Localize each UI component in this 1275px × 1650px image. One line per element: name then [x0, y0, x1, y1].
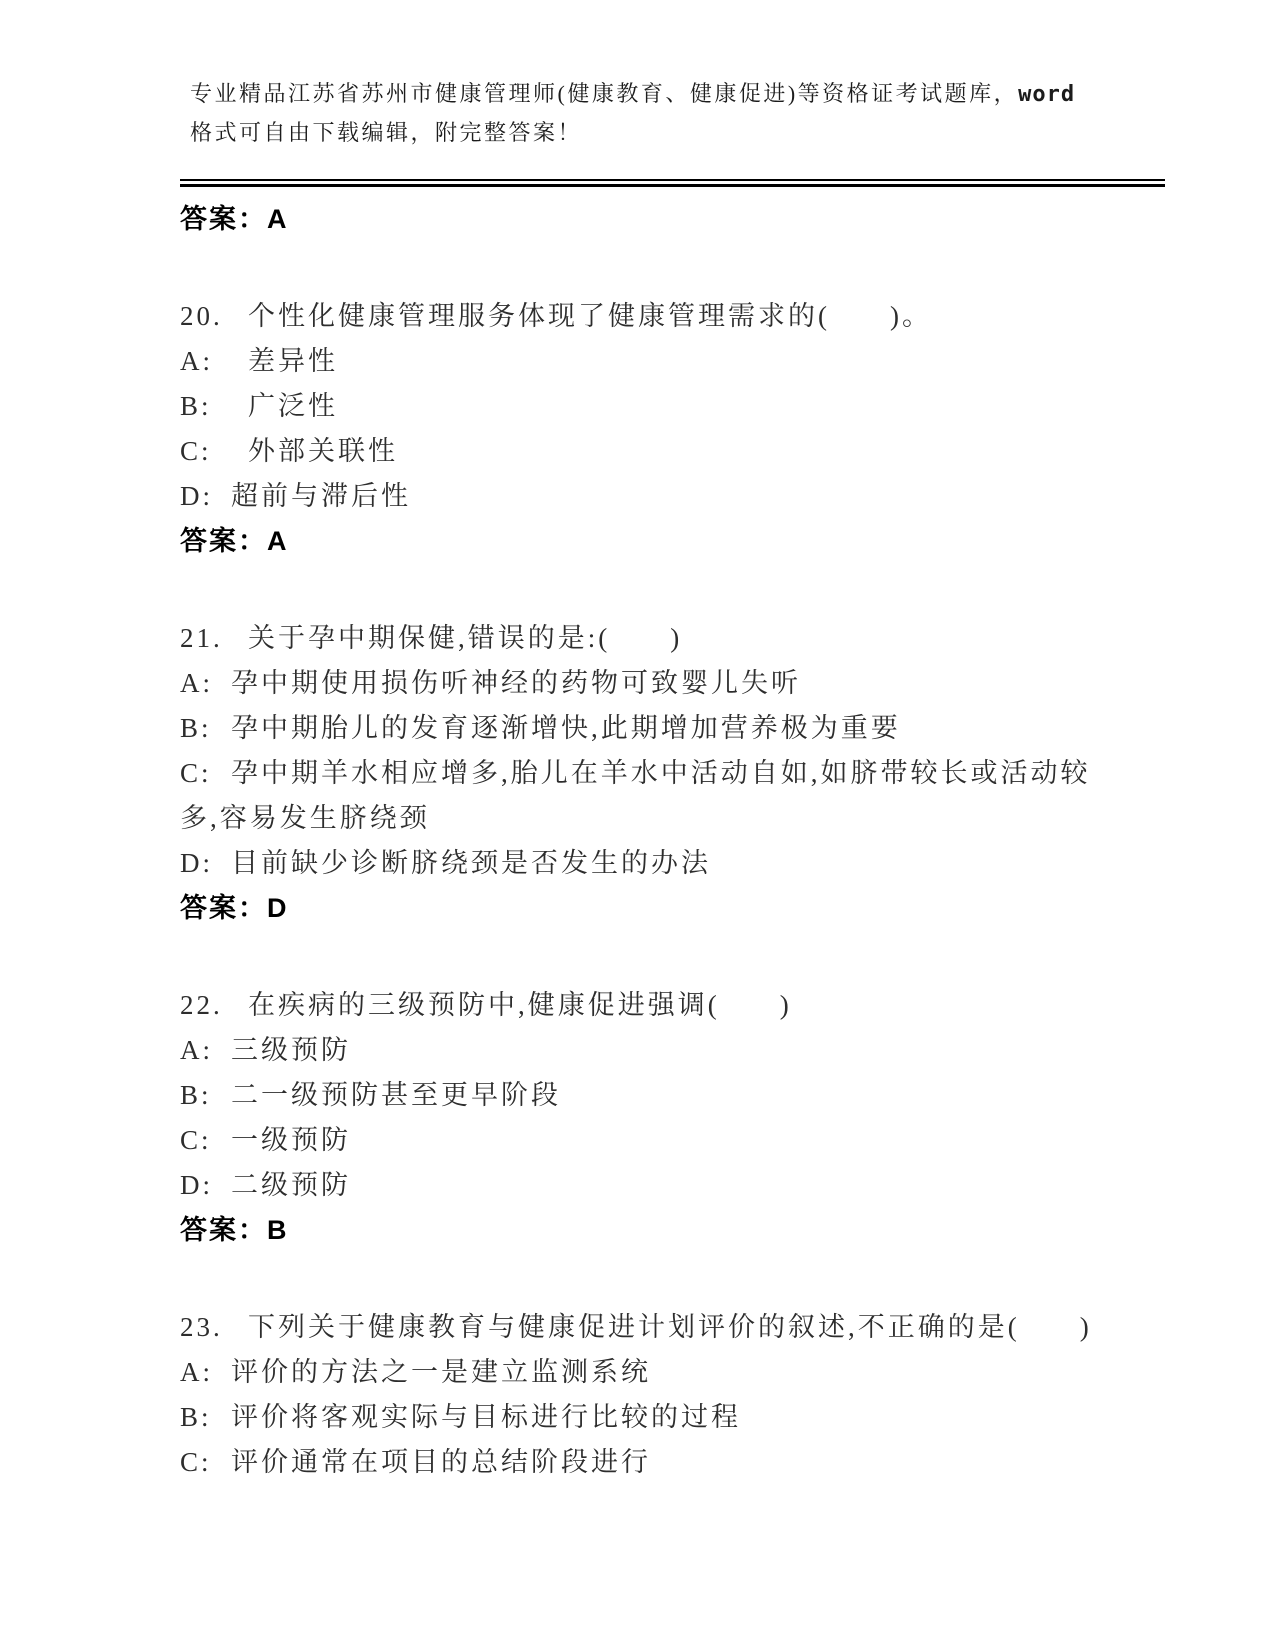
question-stem: 21.关于孕中期保健,错误的是:( ): [180, 616, 1275, 661]
option-label: B:: [180, 1395, 231, 1440]
option-label: A:: [180, 661, 231, 706]
option-text: 孕中期胎儿的发育逐渐增快,此期增加营养极为重要: [231, 713, 901, 743]
answer-line: 答案：B: [180, 1208, 1275, 1253]
option-text: 评价将客观实际与目标进行比较的过程: [231, 1402, 741, 1432]
header-divider: [180, 179, 1165, 187]
option-text: 孕中期羊水相应增多,胎儿在羊水中活动自如,如脐带较长或活动较 多,容易发生脐绕颈: [180, 758, 1091, 833]
option-label: C:: [180, 429, 231, 474]
option-text: 广泛性: [248, 391, 338, 421]
option-row: A:孕中期使用损伤听神经的药物可致婴儿失听: [180, 661, 1275, 706]
option-label: C:: [180, 1118, 231, 1163]
option-row: C:一级预防: [180, 1118, 1275, 1163]
option-row: A:差异性: [180, 339, 1275, 384]
header-text-zh: 专业精品江苏省苏州市健康管理师(健康教育、健康促进)等资格证考试题库，: [190, 81, 1018, 106]
question-21: 21.关于孕中期保健,错误的是:( ) A:孕中期使用损伤听神经的药物可致婴儿失…: [180, 616, 1275, 931]
option-label: B:: [180, 384, 231, 429]
question-text: 个性化健康管理服务体现了健康管理需求的( )。: [248, 301, 932, 331]
question-number: 20.: [180, 294, 248, 339]
document-header: 专业精品江苏省苏州市健康管理师(健康教育、健康促进)等资格证考试题库，word …: [180, 75, 1275, 152]
option-text: 二级预防: [231, 1170, 351, 1200]
question-text: 在疾病的三级预防中,健康促进强调( ): [248, 990, 792, 1020]
option-row: C:评价通常在项目的总结阶段进行: [180, 1440, 1275, 1485]
question-stem: 22.在疾病的三级预防中,健康促进强调( ): [180, 983, 1275, 1028]
document-page: 专业精品江苏省苏州市健康管理师(健康教育、健康促进)等资格证考试题库，word …: [0, 0, 1275, 1650]
option-label: C:: [180, 751, 231, 796]
header-text-word: word: [1018, 82, 1075, 107]
option-text: 目前缺少诊断脐绕颈是否发生的办法: [231, 848, 711, 878]
carryover-answer-line: 答案：A: [180, 197, 1275, 242]
question-22: 22.在疾病的三级预防中,健康促进强调( ) A:三级预防 B:二一级预防甚至更…: [180, 983, 1275, 1253]
option-label: A:: [180, 1028, 231, 1073]
answer-line: 答案：A: [180, 519, 1275, 564]
header-line-1: 专业精品江苏省苏州市健康管理师(健康教育、健康促进)等资格证考试题库，word: [190, 75, 1275, 114]
option-text: 孕中期使用损伤听神经的药物可致婴儿失听: [231, 668, 801, 698]
option-text: 评价的方法之一是建立监测系统: [231, 1357, 651, 1387]
question-stem: 20.个性化健康管理服务体现了健康管理需求的( )。: [180, 294, 1275, 339]
option-row: B:评价将客观实际与目标进行比较的过程: [180, 1395, 1275, 1440]
option-label: D:: [180, 1163, 231, 1208]
option-row: C:外部关联性: [180, 429, 1275, 474]
option-row: A:三级预防: [180, 1028, 1275, 1073]
option-row: B:二一级预防甚至更早阶段: [180, 1073, 1275, 1118]
option-row: D:超前与滞后性: [180, 474, 1275, 519]
option-text: 外部关联性: [248, 436, 398, 466]
option-text: 超前与滞后性: [231, 481, 411, 511]
question-stem: 23.下列关于健康教育与健康促进计划评价的叙述,不正确的是( ): [180, 1305, 1275, 1350]
question-number: 23.: [180, 1305, 248, 1350]
option-text: 评价通常在项目的总结阶段进行: [231, 1447, 651, 1477]
option-text: 一级预防: [231, 1125, 351, 1155]
question-23: 23.下列关于健康教育与健康促进计划评价的叙述,不正确的是( ) A:评价的方法…: [180, 1305, 1275, 1485]
option-row: C:孕中期羊水相应增多,胎儿在羊水中活动自如,如脐带较长或活动较 多,容易发生脐…: [180, 751, 1275, 841]
option-label: C:: [180, 1440, 231, 1485]
question-number: 22.: [180, 983, 248, 1028]
answer-line: 答案：D: [180, 886, 1275, 931]
question-text: 关于孕中期保健,错误的是:( ): [248, 623, 682, 653]
option-label: B:: [180, 1073, 231, 1118]
option-text: 二一级预防甚至更早阶段: [231, 1080, 561, 1110]
option-row: A:评价的方法之一是建立监测系统: [180, 1350, 1275, 1395]
option-label: B:: [180, 706, 231, 751]
option-label: D:: [180, 841, 231, 886]
option-row: B:孕中期胎儿的发育逐渐增快,此期增加营养极为重要: [180, 706, 1275, 751]
option-row: D:目前缺少诊断脐绕颈是否发生的办法: [180, 841, 1275, 886]
option-label: A:: [180, 339, 231, 384]
option-text: 差异性: [248, 346, 338, 376]
option-row: B:广泛性: [180, 384, 1275, 429]
option-text: 三级预防: [231, 1035, 351, 1065]
question-20: 20.个性化健康管理服务体现了健康管理需求的( )。 A:差异性 B:广泛性 C…: [180, 294, 1275, 564]
header-line-2: 格式可自由下载编辑，附完整答案！: [190, 114, 1275, 152]
option-row: D:二级预防: [180, 1163, 1275, 1208]
question-number: 21.: [180, 616, 248, 661]
option-label: A:: [180, 1350, 231, 1395]
question-text: 下列关于健康教育与健康促进计划评价的叙述,不正确的是( ): [248, 1312, 1092, 1342]
option-label: D:: [180, 474, 231, 519]
